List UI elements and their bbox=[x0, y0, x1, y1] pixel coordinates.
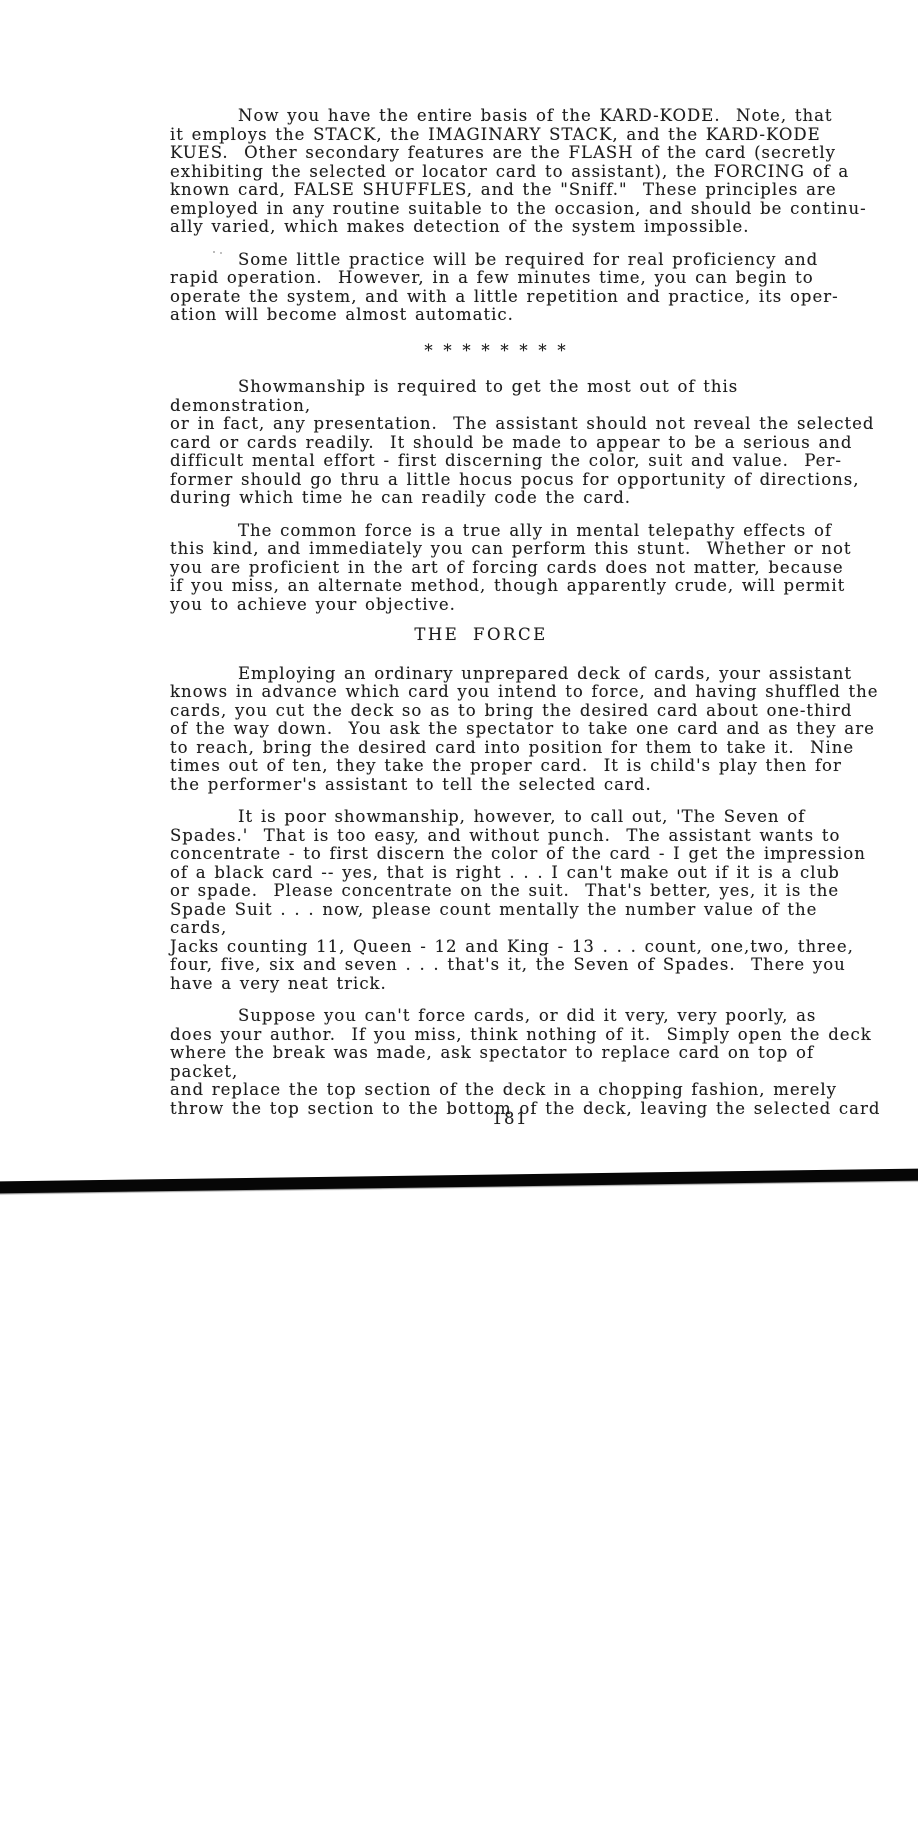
paragraph-employing-deck: Employing an ordinary unprepared deck of… bbox=[170, 665, 882, 795]
paragraph-poor-showmanship: It is poor showmanship, however, to call… bbox=[170, 808, 882, 993]
paragraph-practice: Some little practice will be required fo… bbox=[170, 251, 882, 325]
page-body-text: Now you have the entire basis of the KAR… bbox=[170, 107, 882, 1118]
paragraph-common-force: The common force is a true ally in menta… bbox=[170, 522, 882, 615]
scan-noise-dots bbox=[213, 251, 215, 253]
section-heading-the-force: THE FORCE bbox=[125, 626, 837, 645]
scan-artifact-black-bar bbox=[0, 1168, 918, 1193]
page-number: 181 bbox=[492, 1109, 528, 1128]
asterisk-separator: * * * * * * * * bbox=[140, 342, 852, 361]
paragraph-suppose-cant-force: Suppose you can't force cards, or did it… bbox=[170, 1007, 882, 1118]
paragraph-kard-kode-basis: Now you have the entire basis of the KAR… bbox=[170, 107, 882, 237]
scanned-document-page: Now you have the entire basis of the KAR… bbox=[0, 0, 918, 1836]
paragraph-showmanship: Showmanship is required to get the most … bbox=[170, 378, 882, 508]
